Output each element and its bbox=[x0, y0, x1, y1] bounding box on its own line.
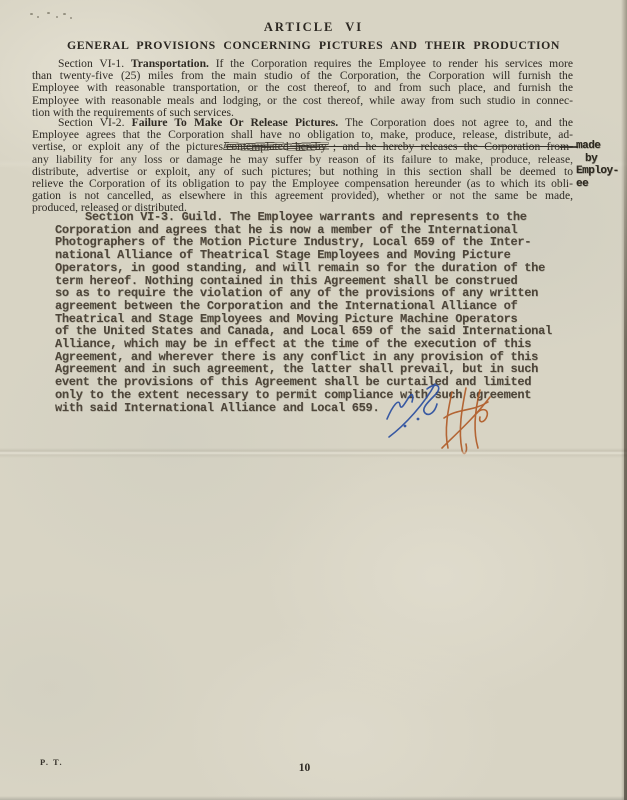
article-heading: ARTICLE VI bbox=[0, 20, 627, 35]
struck-through-text: ; bbox=[327, 140, 343, 153]
text-line: made bbox=[576, 140, 627, 153]
text-line: Alliance, which may be in effect at the … bbox=[55, 338, 580, 351]
page-number: 10 bbox=[0, 762, 618, 774]
text-segment: Transportation. bbox=[131, 57, 209, 70]
handwritten-initials-orange bbox=[432, 384, 506, 458]
obliterated-text: contemplated hereby bbox=[226, 140, 326, 153]
text-segment: The Corporation does not agree to, and t… bbox=[338, 116, 573, 129]
text-line: agreement between the Corporation and th… bbox=[55, 300, 580, 313]
fold-crease bbox=[0, 448, 627, 458]
text-segment: Section VI-2. bbox=[58, 116, 132, 129]
text-line: Section VI-3. Guild. The Employee warran… bbox=[55, 211, 580, 224]
section-vi1-paragraph: Section VI-1. Transportation. If the Cor… bbox=[32, 58, 573, 119]
text-segment: If the Corporation requires the Employee… bbox=[209, 57, 573, 70]
text-segment: vertise, or exploit any of the pictures/ bbox=[32, 140, 226, 153]
text-line: Employee with reasonable meals and lodgi… bbox=[32, 95, 573, 107]
struck-through-text: and he hereby releases the Corporation f… bbox=[342, 140, 573, 153]
text-line: Operators, in good standing, and will re… bbox=[55, 262, 580, 275]
scan-edge-shadow-right bbox=[621, 0, 627, 800]
scan-edge-shadow-bottom bbox=[0, 796, 627, 800]
text-line: national Alliance of Theatrical Stage Em… bbox=[55, 249, 580, 262]
document-page: ARTICLE VI GENERAL PROVISIONS CONCERNING… bbox=[0, 0, 627, 800]
text-line: vertise, or exploit any of the pictures/… bbox=[32, 141, 573, 153]
page-heading: GENERAL PROVISIONS CONCERNING PICTURES A… bbox=[0, 38, 627, 53]
fold-crease-upper bbox=[0, 160, 627, 168]
text-segment: Failure To Make Or Release Pictures. bbox=[132, 116, 339, 129]
text-line: ee bbox=[576, 178, 627, 191]
text-segment: Section VI-1. bbox=[58, 57, 131, 70]
text-line: Employee with reasonable transportation,… bbox=[32, 82, 573, 94]
